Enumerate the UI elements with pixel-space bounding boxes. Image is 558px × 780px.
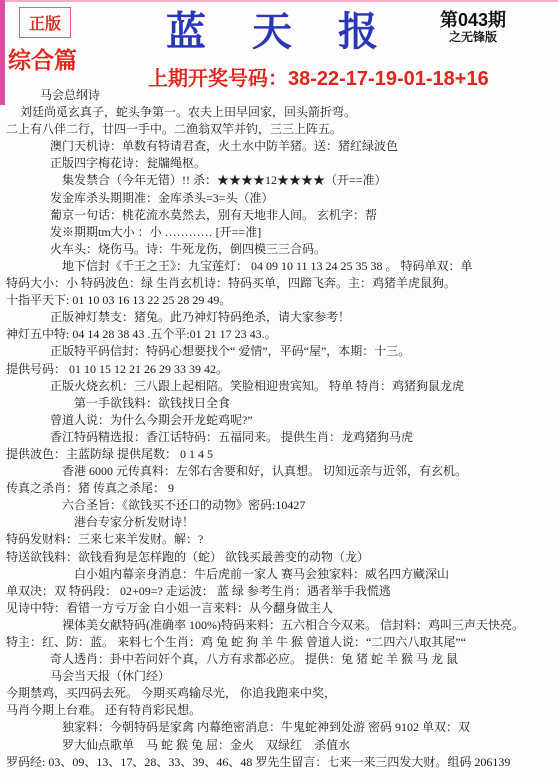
body-line: 香江特码精选报：香江话特码：五福同来。 提供生肖：龙鸡猪狗马虎: [4, 429, 556, 446]
body-line: 发※期期tm大小 ：小 ………… [开==准]: [4, 224, 556, 241]
body-line: 裸体美女献特码(准确率 100%)特码来料：五六相合今双来。 信封料：鸡叫三声天…: [4, 617, 556, 634]
body-line: 六合圣旨：《欲钱买不还口的动物》密码:10427: [4, 497, 556, 514]
body-line: 神灯五中特: 04 14 28 38 43 .五个平:01 21 17 23 4…: [4, 326, 556, 343]
body-line: 特主：红、防：蓝。 来料七个生肖：鸡 兔 蛇 狗 羊 牛 猴 曾道人说：“二四六…: [4, 634, 556, 651]
body-line: 刘廷尚觅玄真子，蛇头争第一。农夫上田早回家，回头箭折弯。: [4, 104, 556, 121]
section-title: 综合篇: [8, 42, 77, 75]
body-line: 港台专家分析发财诗！: [4, 514, 556, 531]
body-line: 罗大仙点歌单 马 蛇 猴 兔 屈：金火 双绿红 杀值水: [4, 737, 556, 754]
body-line: 葡京一句话：桃花流水莫然去，别有天地非人间。 玄机字：帮: [4, 207, 556, 224]
body-line: 正版特平码信封：特码心想要找个“ 爱情”，平码“屋”，本期：十三。: [4, 343, 556, 360]
newspaper-page: 正版 蓝 天 报 第043期 之无锋版 综合篇 上期开奖号码：38-22-17-…: [0, 0, 558, 780]
body-line: 正版四字梅花诗：瓮牖绳枢。: [4, 155, 556, 172]
body-line: 今期禁鸡，买四码去死。 今期买鸡输尽光， 你追我跑来中奖，: [4, 685, 556, 702]
body-line: 马会总纲诗: [4, 87, 556, 104]
body-line: 马肖今期上台难。 还有特肖彩民想。: [4, 702, 556, 719]
body-line: 二上有八伴二行，廿四一手中。二渔翁双竿并钓，三三上阵五。: [4, 121, 556, 138]
body-line: 澳门天机诗：单数有特请君查，火土水中防羊猪。送：猪红绿波色: [4, 138, 556, 155]
body-line: 十指平天下: 01 10 03 16 13 22 25 28 29 49。: [4, 292, 556, 309]
issue-number: 第043期: [418, 10, 528, 30]
edition-label: 之无锋版: [418, 30, 528, 45]
body-line: 提供号码： 01 10 15 12 21 26 29 33 39 42。: [4, 361, 556, 378]
body-line: 提供波色：主蓝防绿 提供尾数： 0 1 4 5: [4, 446, 556, 463]
body-line: 见诗中特：看错一方亏万金 白小姐一言来料：从今翻身做主人: [4, 600, 556, 617]
body-line: 香港 6000 元传真料：左邻右舍要和好，认真想。 切知远亲与近邻，有玄机。: [4, 463, 556, 480]
body-line: 火车头：烧伤马。诗：牛死龙伤，倒四模三三合码。: [4, 241, 556, 258]
body-line: 独家料：今朝特码是家禽 内幕绝密消息：牛鬼蛇神到处游 密码 9102 单双：双: [4, 719, 556, 736]
body-line: 曾道人说：为什么今期会开龙蛇鸡呢?”: [4, 412, 556, 429]
authentic-badge: 正版: [19, 7, 71, 38]
body-line: 特码发财料：三来七来羊发财。解：?: [4, 531, 556, 548]
body-line: 第一手欲钱料：欲钱找日全食: [4, 395, 556, 412]
body-line: 发金库杀头期期准：金库杀头=3=头（准）: [4, 190, 556, 207]
body-line: 特码大小：小 特码波色：绿 生肖玄机诗：特码买单，四蹄飞奔。主：鸡猪羊虎鼠狗。: [4, 275, 556, 292]
body-line: 单双决：双 特码段： 02+09=? 走运波： 蓝 绿 参考生肖：遇者举手我慌逃: [4, 583, 556, 600]
issue-block: 第043期 之无锋版: [418, 10, 528, 45]
body-line: 罗码经: 03、09、13、17、28、33、39、46、48 罗先生留言：七来…: [4, 754, 556, 771]
body-line: 特送欲钱料：欲钱看狗是怎样跑的（蛇） 欲钱买最善变的动物（龙）: [4, 549, 556, 566]
body-line: 奇人透肖：卦中若问奸个真，八方有求都必应。 提供：兔 猪 蛇 羊 猴 马 龙 鼠: [4, 651, 556, 668]
body-line: 正版神灯禁支：猪兔。此乃神灯特码绝杀，请大家参考！: [4, 309, 556, 326]
body-line: 集发禁合（今年无错）!! 杀：★★★★12★★★★（开==准）: [4, 172, 556, 189]
page-title: 蓝 天 报: [166, 0, 396, 57]
body-line: 正版火烧玄机：三八跟上起相陪。笑脸相迎贵宾知。 特单 特肖：鸡猪狗鼠龙虎: [4, 378, 556, 395]
body-text: 马会总纲诗 刘廷尚觅玄真子，蛇头争第一。农夫上田早回家，回头箭折弯。 二上有八伴…: [4, 87, 556, 771]
body-line: 传真之杀肖：猪 传真之杀尾： 9: [4, 480, 556, 497]
body-line: 地下信封《千王之王》：九宝莲灯： 04 09 10 11 13 24 25 35…: [4, 258, 556, 275]
body-line: 马会当天报（休门经）: [4, 668, 556, 685]
body-line: 白小姐内幕亲身消息：牛后虎前一家人 赛马会独家料：威名四方藏深山: [4, 566, 556, 583]
